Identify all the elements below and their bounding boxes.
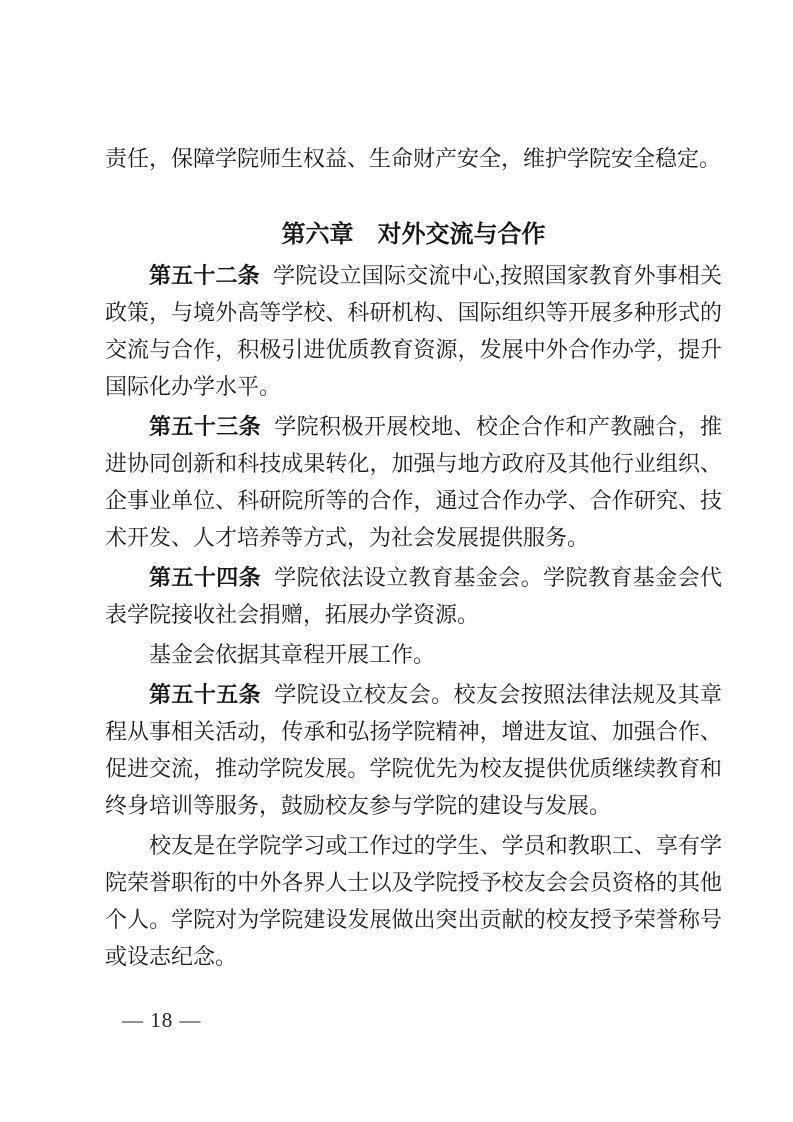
article-55-paragraph: 第五十五条学院设立校友会。校友会按照法律法规及其章程从事相关活动，传承和弘扬学院… xyxy=(105,676,722,824)
article-54-paragraph: 第五十四条学院依法设立教育基金会。学院教育基金会代表学院接收社会捐赠，拓展办学资… xyxy=(105,559,722,633)
page-body: 责任，保障学院师生权益、生命财产安全，维护学院安全稳定。 第六章 对外交流与合作… xyxy=(105,140,722,978)
article-54-additional-paragraph: 基金会依据其章程开展工作。 xyxy=(105,636,722,673)
article-54-number: 第五十四条 xyxy=(149,565,261,590)
article-53-number: 第五十三条 xyxy=(149,414,261,439)
article-52-number: 第五十二条 xyxy=(149,263,260,288)
document-page: 责任，保障学院师生权益、生命财产安全，维护学院安全稳定。 第六章 对外交流与合作… xyxy=(0,0,793,1122)
continuation-paragraph: 责任，保障学院师生权益、生命财产安全，维护学院安全稳定。 xyxy=(105,140,722,177)
article-55-additional-paragraph: 校友是在学院学习或工作过的学生、学员和教职工、享有学院荣誉职衔的中外各界人士以及… xyxy=(105,827,722,975)
article-52-paragraph: 第五十二条学院设立国际交流中心,按照国家教育外事相关政策，与境外高等学校、科研机… xyxy=(105,257,722,405)
page-number: — 18 — xyxy=(122,1006,202,1034)
chapter-heading: 第六章 对外交流与合作 xyxy=(105,216,722,253)
article-53-paragraph: 第五十三条学院积极开展校地、校企合作和产教融合，推进协同创新和科技成果转化，加强… xyxy=(105,408,722,556)
article-55-number: 第五十五条 xyxy=(149,682,261,707)
